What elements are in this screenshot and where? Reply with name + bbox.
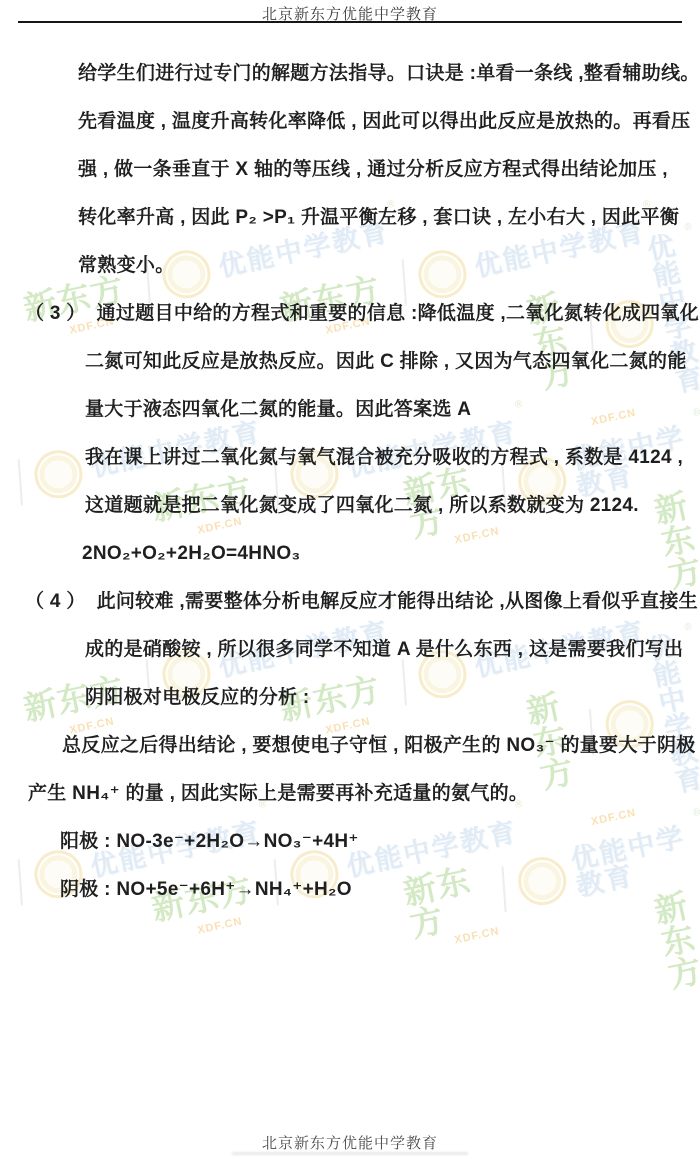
registered-icon: ®	[683, 621, 693, 633]
brand-watermark: 新东方®XDF.CN优能中学教育	[517, 230, 700, 423]
text-line: 常熟变小。	[78, 254, 175, 278]
text-line: 这道题就是把二氧化氮变成了四氧化二氮 , 所以系数就变为 2124.	[85, 494, 639, 518]
divider	[18, 859, 23, 905]
registered-icon: ®	[514, 399, 524, 411]
line-text: 通过题目中给的方程式和重要的信息 :降低温度 ,二氧化氮转化成四氧化	[97, 303, 699, 324]
brand-watermark: 新东方®XDF.CN优能中学教育	[147, 808, 522, 933]
text-line: 转化率升高 , 因此 P₂ >P₁ 升温平衡左移 , 套口诀 , 左小右大 , …	[78, 206, 679, 230]
chemical-equation: 2NO₂+O₂+2H₂O=4HNO₃	[82, 542, 301, 566]
text-line: 量大于液态四氧化二氮的能量。因此答案选 A	[85, 398, 471, 422]
stamp-badge-icon	[513, 853, 570, 910]
brand-watermark: 新东方®XDF.CN优能中学教育	[645, 831, 700, 1023]
cathode-equation: 阴极 : NO+5e⁻+6H⁺→NH₄⁺+H₂O	[60, 878, 352, 902]
text-line: 产生 NH₄⁺ 的量 , 因此实际上是需要再补充适量的氨气的。	[28, 782, 528, 806]
registered-icon: ®	[692, 407, 700, 419]
text-line: （ 3 ）通过题目中给的方程式和重要的信息 :降低温度 ,二氧化氮转化成四氧化	[25, 302, 699, 326]
xdf-domain-text: XDF.CN	[196, 515, 243, 536]
text-line: 阴阳极对电极反应的分析 :	[85, 686, 310, 710]
document-page: 新东方®XDF.CN优能中学教育 新东方®XDF.CN优能中学教育 新东方®XD…	[0, 0, 700, 1159]
text-line: 二氮可知此反应是放热反应。因此 C 排除 , 又因为气态四氧化二氮的能	[85, 350, 687, 374]
brand-watermark: 新东方®XDF.CN优能中学教育	[19, 608, 394, 733]
stamp-badge-icon	[30, 446, 87, 503]
list-marker: （ 4 ）	[25, 591, 86, 612]
header-rule	[18, 21, 682, 23]
anode-equation: 阳极 : NO-3e⁻+2H₂O→NO₃⁻+4H⁺	[60, 830, 359, 854]
text-line: 强 , 做一条垂直于 X 轴的等压线 , 通过分析反应方程式得出结论加压 ,	[78, 158, 668, 182]
text-line: 给学生们进行过专门的解题方法指导。口诀是 :单看一条线 ,整看辅助线。	[78, 62, 700, 86]
xdf-logo-text: 新东方	[651, 888, 700, 992]
brand-watermark: 新东方®XDF.CN优能中学教育	[275, 608, 650, 733]
xdf-logo-text: 新东方	[651, 488, 700, 592]
registered-icon: ®	[683, 221, 693, 233]
list-marker: （ 3 ）	[25, 303, 86, 324]
text-line: （ 4 ）此问较难 ,需要整体分析电解反应才能得出结论 ,从图像上看似乎直接生	[25, 590, 698, 614]
divider	[402, 659, 407, 705]
text-line: 总反应之后得出结论 , 要想使电子守恒 , 阳极产生的 NO₃⁻ 的量要大于阴极	[62, 734, 696, 758]
text-line: 我在课上讲过二氧化氮与氧气混合被充分吸收的方程式 , 系数是 4124 ,	[85, 446, 683, 470]
brand-watermark: 新东方®XDF.CN优能中学教育	[0, 808, 266, 933]
stamp-badge-icon	[414, 246, 471, 303]
xdf-domain-text: XDF.CN	[590, 807, 637, 828]
xdf-domain-text: XDF.CN	[196, 915, 243, 936]
divider	[18, 459, 23, 505]
xdf-domain-text: XDF.CN	[453, 925, 500, 946]
xdf-domain-text: XDF.CN	[453, 525, 500, 546]
text-line: 成的是硝酸铵 , 所以很多同学不知道 A 是什么东西 , 这是需要我们写出	[85, 638, 683, 662]
registered-icon: ®	[692, 807, 700, 819]
xdf-domain-text: XDF.CN	[590, 407, 637, 428]
brand-watermark: 新东方®XDF.CN优能中学教育	[400, 816, 700, 942]
line-text: 此问较难 ,需要整体分析电解反应才能得出结论 ,从图像上看似乎直接生	[97, 591, 698, 612]
divider	[402, 259, 407, 305]
xdf-logo-text: 新东方	[400, 862, 486, 942]
page-footer-title: 北京新东方优能中学教育	[0, 1132, 700, 1153]
youneng-text: 优能中学教育	[344, 818, 520, 881]
brand-watermark: 新东方®XDF.CN优能中学教育	[400, 416, 700, 542]
divider	[501, 866, 506, 912]
text-line: 先看温度 , 温度升高转化率降低 , 因此可以得出此反应是放热的。再看压	[78, 110, 690, 134]
youneng-text: 优能中学教育	[568, 822, 700, 901]
